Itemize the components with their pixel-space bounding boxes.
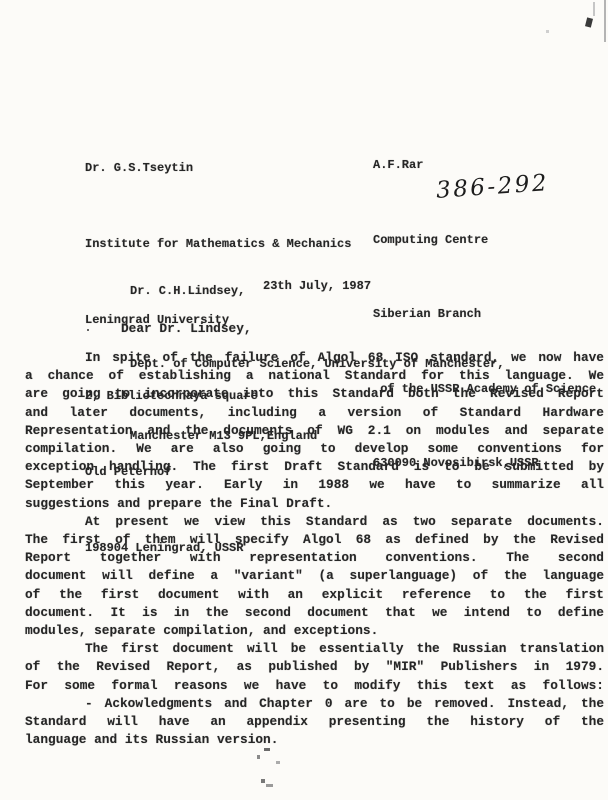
body-line: modules, separate compilation, and excep… bbox=[25, 622, 604, 640]
body-line: are going to incorporate into this Stand… bbox=[25, 385, 604, 403]
body-line: In spite of the failure of Algol 68 ISO … bbox=[25, 349, 604, 367]
body-line: Report together with representation conv… bbox=[25, 549, 604, 567]
sender-right-line: A.F.Rar bbox=[373, 156, 596, 175]
letter-date: 23th July, 1987 bbox=[263, 279, 371, 293]
scan-speck bbox=[276, 761, 280, 764]
body-line: The first of them will specify Algol 68 … bbox=[25, 531, 604, 549]
scan-speck bbox=[87, 329, 89, 331]
scan-speck bbox=[585, 17, 593, 27]
body-line: The first document will be essentially t… bbox=[25, 640, 604, 658]
scan-speck bbox=[261, 779, 265, 783]
body-line: - Ackowledgments and Chapter 0 are to be… bbox=[25, 695, 604, 713]
scan-speck bbox=[264, 748, 270, 751]
body-line: Representation and the documents of WG 2… bbox=[25, 422, 604, 440]
body-line: exception handling. The first Draft Stan… bbox=[25, 458, 604, 476]
scan-speck bbox=[257, 755, 260, 759]
body-line: language and its Russian version. bbox=[25, 731, 604, 749]
scanned-letter-page: Dr. G.S.Tseytin Institute for Mathematic… bbox=[0, 0, 608, 800]
scan-speck bbox=[546, 30, 549, 33]
body-line: compilation. We are also going to develo… bbox=[25, 440, 604, 458]
body-line: document will define a "variant" (a supe… bbox=[25, 567, 604, 585]
body-line: a chance of establishing a national Stan… bbox=[25, 367, 604, 385]
body-line: of the first document with an explicit r… bbox=[25, 586, 604, 604]
body-line: September this year. Early in 1988 we ha… bbox=[25, 476, 604, 494]
body-line: of the Revised Report, as published by "… bbox=[25, 658, 604, 676]
body-line: and later documents, including a version… bbox=[25, 404, 604, 422]
letter-body: In spite of the failure of Algol 68 ISO … bbox=[25, 349, 604, 749]
body-line: At present we view this Standard as two … bbox=[25, 513, 604, 531]
scan-speck bbox=[266, 784, 273, 787]
sender-left-line: Dr. G.S.Tseytin bbox=[85, 159, 351, 178]
body-line: For some formal reasons we have to modif… bbox=[25, 677, 604, 695]
body-line: Standard will have an appendix presentin… bbox=[25, 713, 604, 731]
body-line: document. It is in the second document t… bbox=[25, 604, 604, 622]
body-line: suggestions and prepare the Final Draft. bbox=[25, 495, 604, 513]
scan-speck bbox=[593, 2, 595, 16]
scan-edge-line bbox=[604, 0, 606, 42]
salutation: Dear Dr. Lindsey, bbox=[121, 321, 252, 336]
